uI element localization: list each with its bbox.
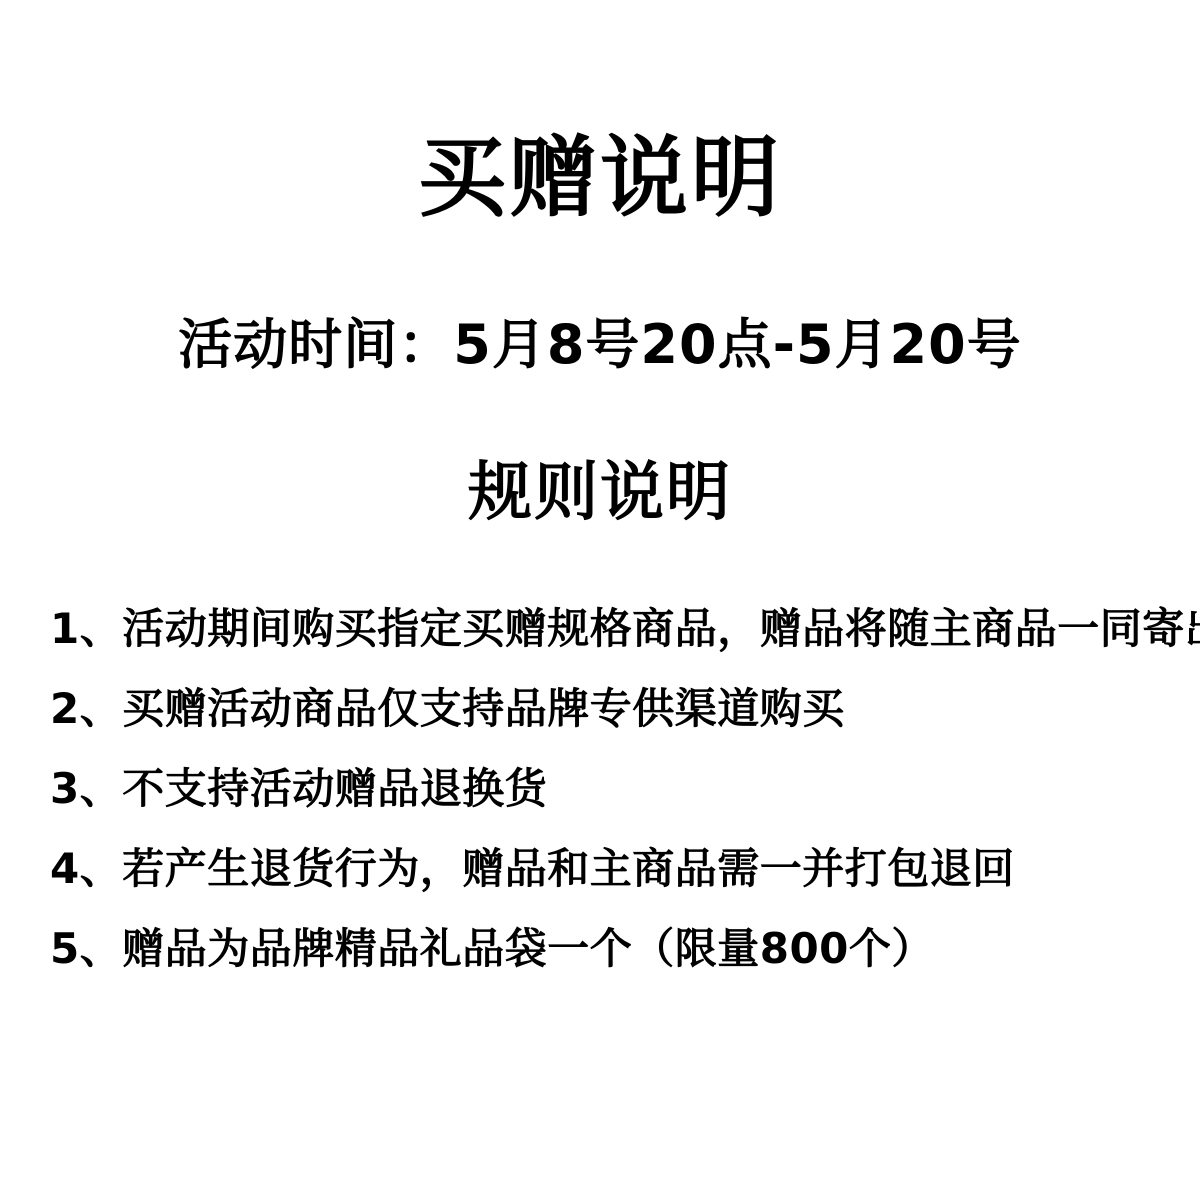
rule-item-1: 1、活动期间购买指定买赠规格商品，赠品将随主商品一同寄出 bbox=[50, 589, 1170, 669]
rule-item-2: 2、买赠活动商品仅支持品牌专供渠道购买 bbox=[50, 669, 1170, 749]
activity-time-line: 活动时间：5月8号20点-5月20号 bbox=[0, 313, 1200, 378]
rule-item-4: 4、若产生退货行为，赠品和主商品需一并打包退回 bbox=[50, 829, 1170, 909]
rule-item-3: 3、不支持活动赠品退换货 bbox=[50, 749, 1170, 829]
rules-heading: 规则说明 bbox=[0, 455, 1200, 532]
page-title: 买赠说明 bbox=[0, 125, 1200, 231]
rule-item-5: 5、赠品为品牌精品礼品袋一个（限量800个） bbox=[50, 909, 1170, 989]
rules-list: 1、活动期间购买指定买赠规格商品，赠品将随主商品一同寄出 2、买赠活动商品仅支持… bbox=[0, 589, 1200, 989]
promo-notice-page: 买赠说明 活动时间：5月8号20点-5月20号 规则说明 1、活动期间购买指定买… bbox=[0, 0, 1200, 1200]
